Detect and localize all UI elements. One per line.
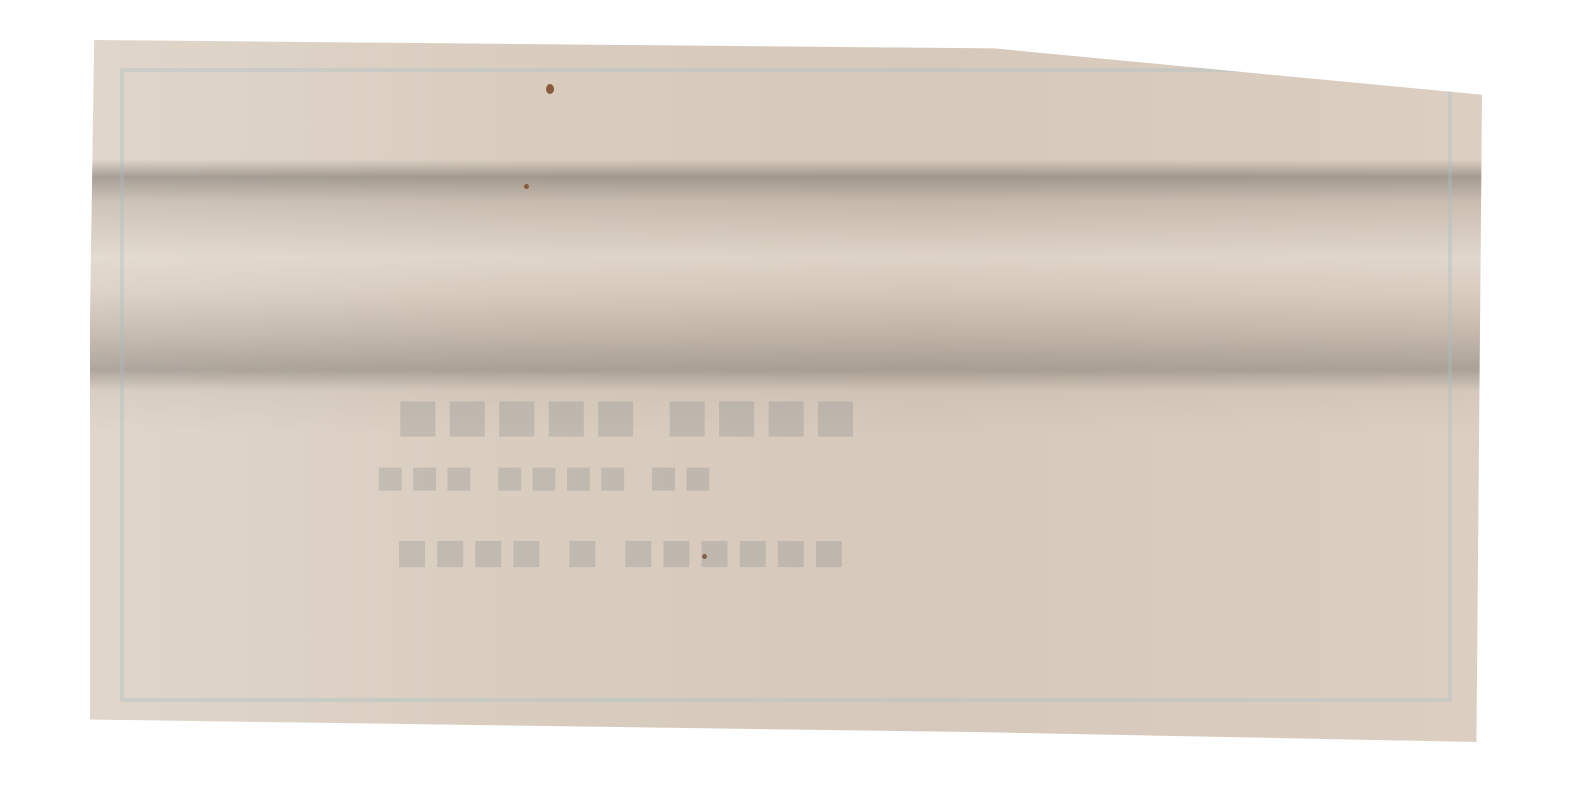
- rust-speck: [524, 184, 529, 189]
- paper-fragment: ■■■■ ■■■■■ ■■ ■■■■ ■■■ ■■■■■■ ■ ■■■■: [90, 40, 1482, 742]
- mirrored-show-through-text: ■■ ■■■■ ■■■: [370, 460, 712, 495]
- photo-canvas: ■■■■ ■■■■■ ■■ ■■■■ ■■■ ■■■■■■ ■ ■■■■: [0, 0, 1576, 788]
- mirrored-show-through-text: ■■■■■■ ■ ■■■■: [390, 532, 845, 572]
- printed-border-frame: [120, 68, 1452, 702]
- rust-speck: [546, 84, 554, 94]
- mirrored-show-through-text: ■■■■ ■■■■■: [390, 388, 857, 442]
